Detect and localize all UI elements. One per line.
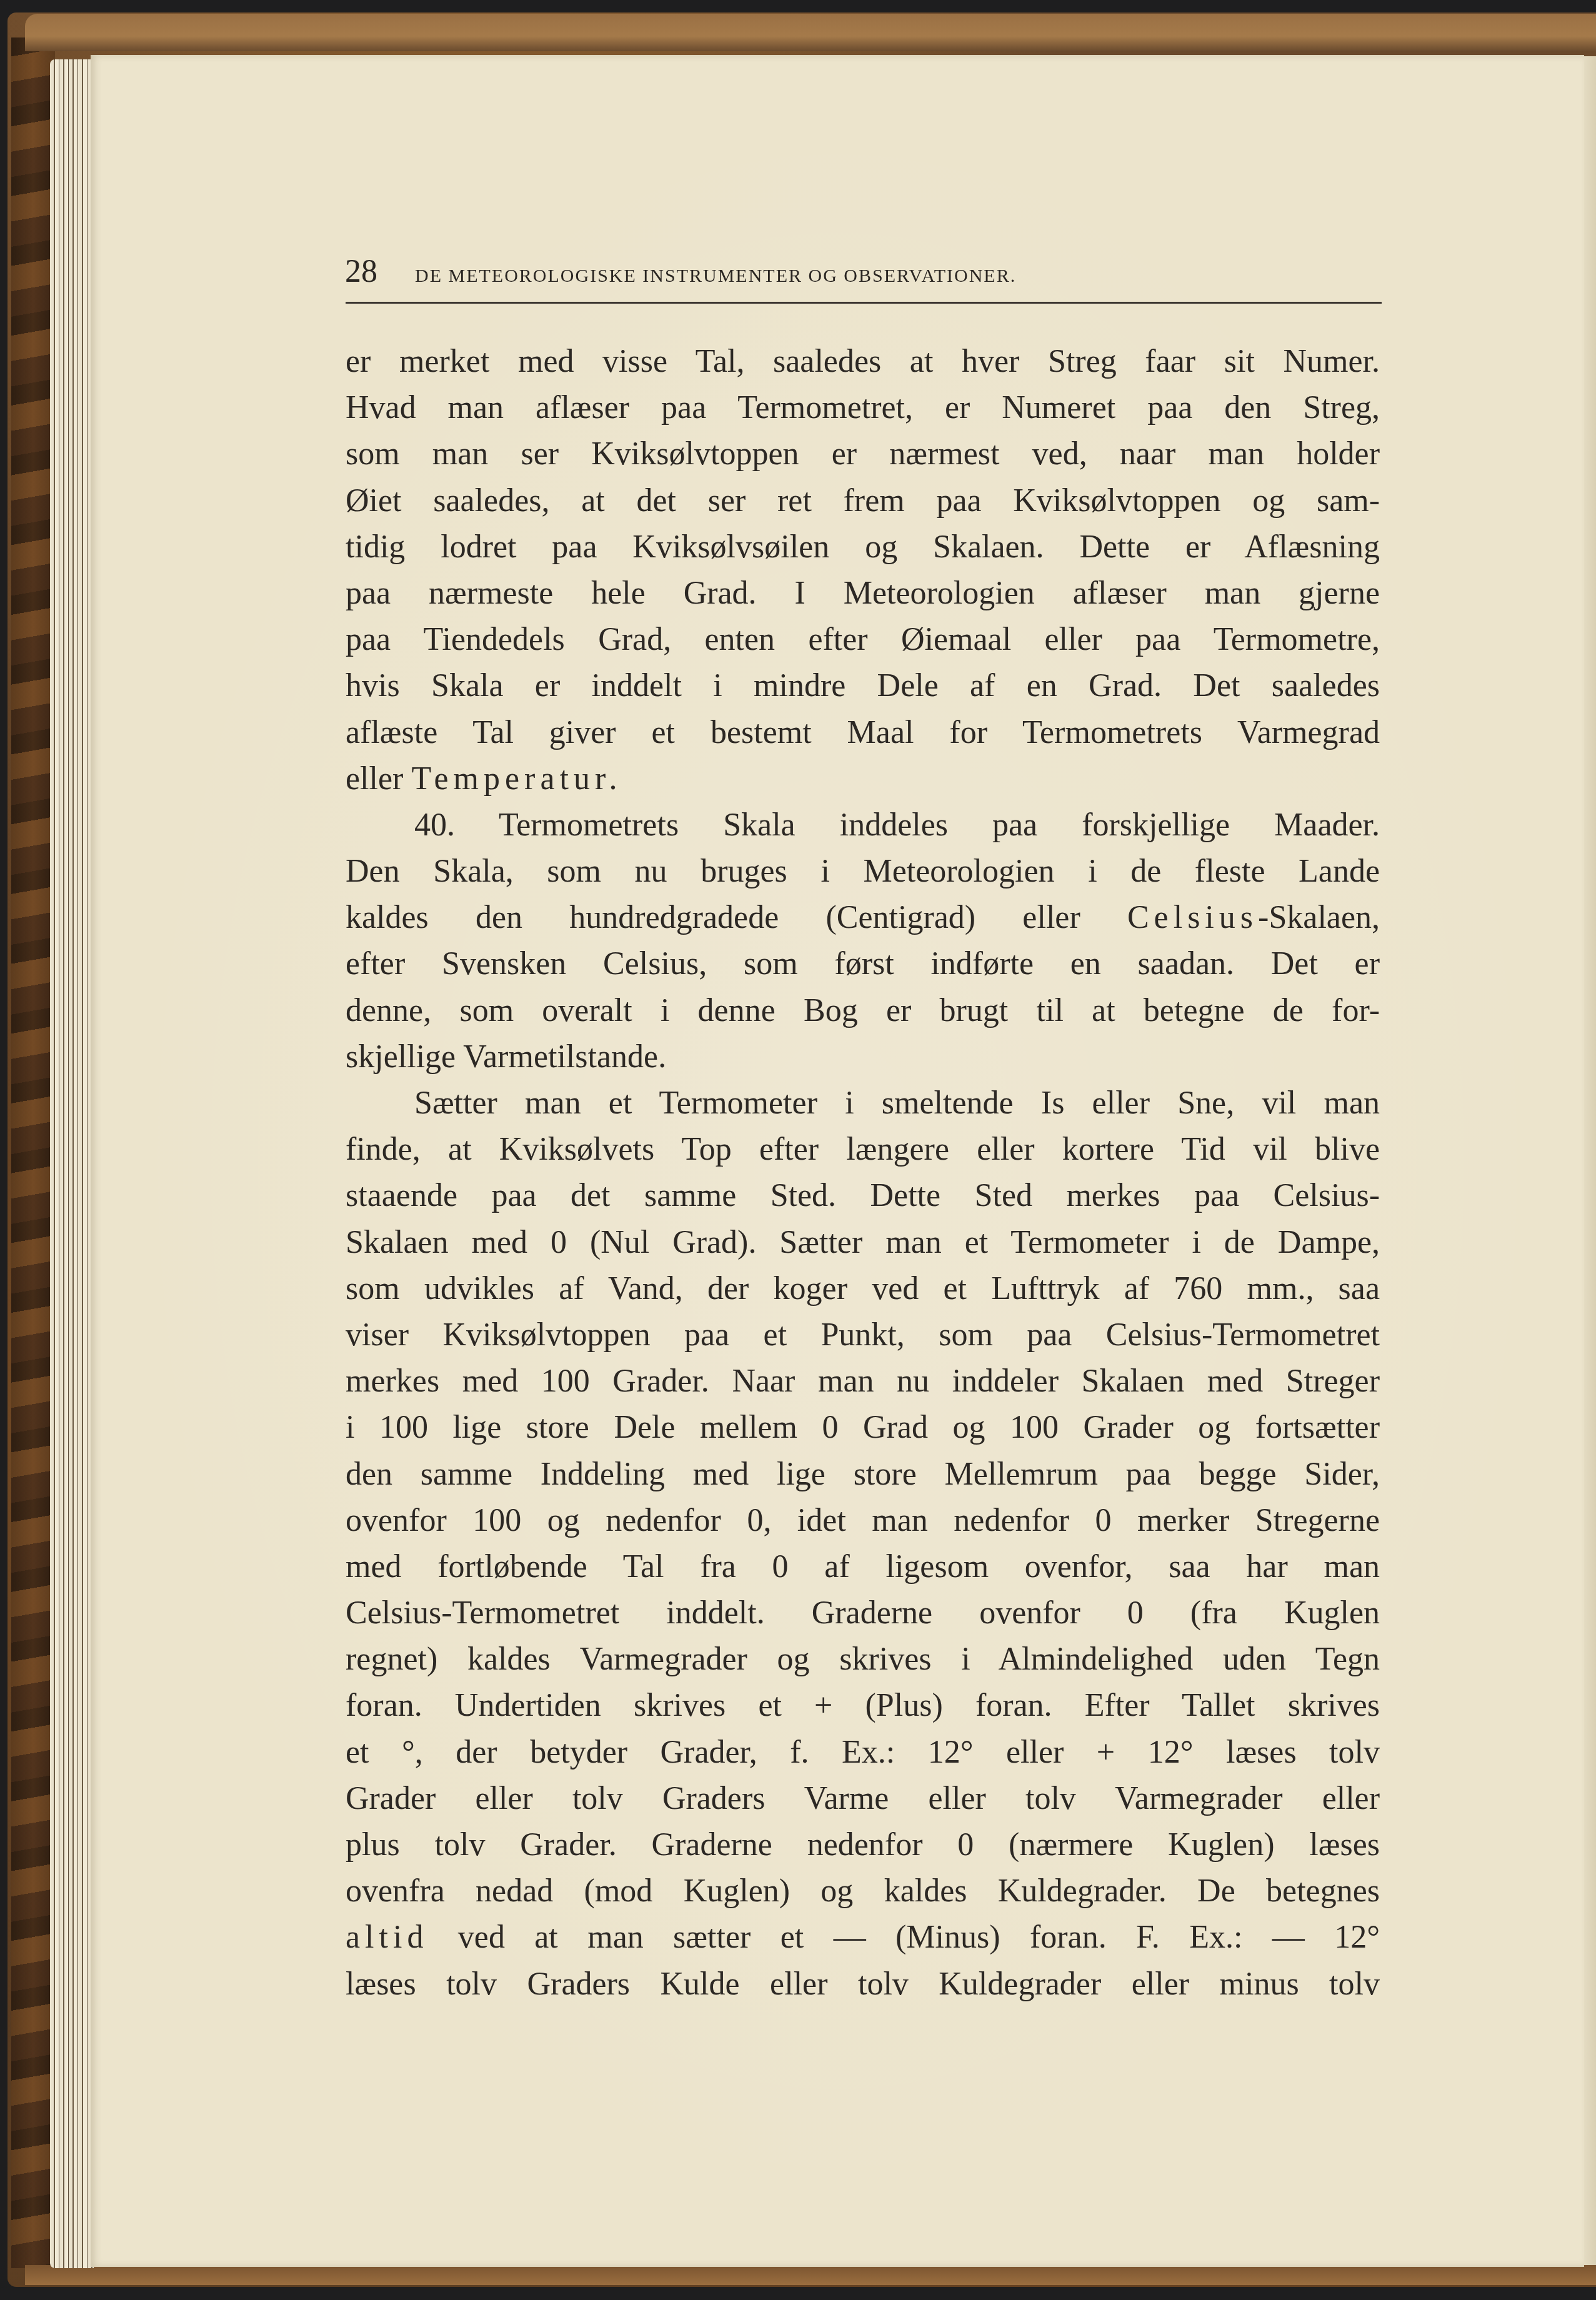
text-line: i 100 lige store Dele mellem 0 Grad og 1…	[346, 1405, 1380, 1451]
text-line: paa nærmeste hele Grad. I Meteorologien …	[346, 570, 1380, 617]
page-stack-gutter	[50, 59, 94, 2268]
text-line: Hvad man aflæser paa Termometret, er Num…	[346, 385, 1380, 431]
emphasized-term: Temperatur.	[411, 761, 622, 797]
text-fragment: ved at man sætter et — (Minus) foran. F.…	[428, 1919, 1380, 1955]
text-line: den samme Inddeling med lige store Melle…	[346, 1451, 1380, 1498]
text-line: denne, som overalt i denne Bog er brugt …	[346, 988, 1380, 1034]
book-cover-top-edge	[25, 14, 1596, 51]
text-fragment: kaldes den hundredgradede (Centigrad) el…	[346, 900, 1127, 935]
text-line: regnet) kaldes Varmegrader og skrives i …	[346, 1636, 1380, 1683]
text-line: som man ser Kviksølvtoppen er nærmest ve…	[346, 431, 1380, 477]
text-line: finde, at Kviksølvets Top efter længere …	[346, 1127, 1380, 1173]
text-line: Skalaen med 0 (Nul Grad). Sætter man et …	[346, 1220, 1380, 1266]
text-line: efter Svensken Celsius, som først indfør…	[346, 941, 1380, 987]
text-fragment: -Skalaen,	[1258, 900, 1380, 935]
emphasized-term: altid	[346, 1919, 428, 1955]
text-line: ovenfra nedad (mod Kuglen) og kaldes Kul…	[346, 1868, 1380, 1914]
book-binding-left	[11, 37, 55, 2268]
text-line: skjellige Varmetilstande.	[346, 1034, 1380, 1080]
running-head: 28 DE METEOROLOGISKE INSTRUMENTER OG OBS…	[345, 253, 1376, 297]
text-line: altid ved at man sætter et — (Minus) for…	[346, 1914, 1380, 1961]
text-line: er merket med visse Tal, saaledes at hve…	[346, 339, 1380, 385]
text-line: som udvikles af Vand, der koger ved et L…	[346, 1266, 1380, 1312]
text-line: staaende paa det samme Sted. Dette Sted …	[346, 1173, 1380, 1219]
text-line: et °, der betyder Grader, f. Ex.: 12° el…	[346, 1730, 1380, 1776]
text-line: tidig lodret paa Kviksølvsøilen og Skala…	[346, 524, 1380, 570]
text-line: eller Temperatur.	[346, 756, 1380, 802]
text-line: plus tolv Grader. Graderne nedenfor 0 (n…	[346, 1822, 1380, 1868]
book-cover-bottom-edge	[25, 2265, 1596, 2285]
running-title: DE METEOROLOGISKE INSTRUMENTER OG OBSERV…	[415, 266, 1016, 287]
body-text: er merket med visse Tal, saaledes at hve…	[346, 339, 1380, 2008]
text-fragment: eller	[346, 761, 411, 797]
section-heading-line: 40. Termometrets Skala inddeles paa fors…	[346, 802, 1380, 849]
text-line: hvis Skala er inddelt i mindre Dele af e…	[346, 663, 1380, 709]
text-line: paa Tiendedels Grad, enten efter Øiemaal…	[346, 617, 1380, 663]
text-line: ovenfor 100 og nedenfor 0, idet man nede…	[346, 1498, 1380, 1544]
header-rule	[346, 302, 1382, 304]
text-line: læses tolv Graders Kulde eller tolv Kuld…	[346, 1961, 1380, 2008]
text-line: Den Skala, som nu bruges i Meteorologien…	[346, 849, 1380, 895]
paragraph-start-line: Sætter man et Termometer i smeltende Is …	[346, 1080, 1380, 1127]
text-line: kaldes den hundredgradede (Centigrad) el…	[346, 895, 1380, 941]
text-line: foran. Undertiden skrives et + (Plus) fo…	[346, 1683, 1380, 1729]
page-number: 28	[345, 253, 377, 290]
text-line: aflæste Tal giver et bestemt Maal for Te…	[346, 710, 1380, 756]
text-line: Celsius-Termometret inddelt. Graderne ov…	[346, 1590, 1380, 1636]
text-line: viser Kviksølvtoppen paa et Punkt, som p…	[346, 1312, 1380, 1358]
emphasized-term: Celsius	[1127, 900, 1258, 935]
text-line: merkes med 100 Grader. Naar man nu indde…	[346, 1358, 1380, 1405]
text-line: Grader eller tolv Graders Varme eller to…	[346, 1776, 1380, 1822]
text-line: Øiet saaledes, at det ser ret frem paa K…	[346, 478, 1380, 524]
text-line: med fortløbende Tal fra 0 af ligesom ove…	[346, 1544, 1380, 1590]
